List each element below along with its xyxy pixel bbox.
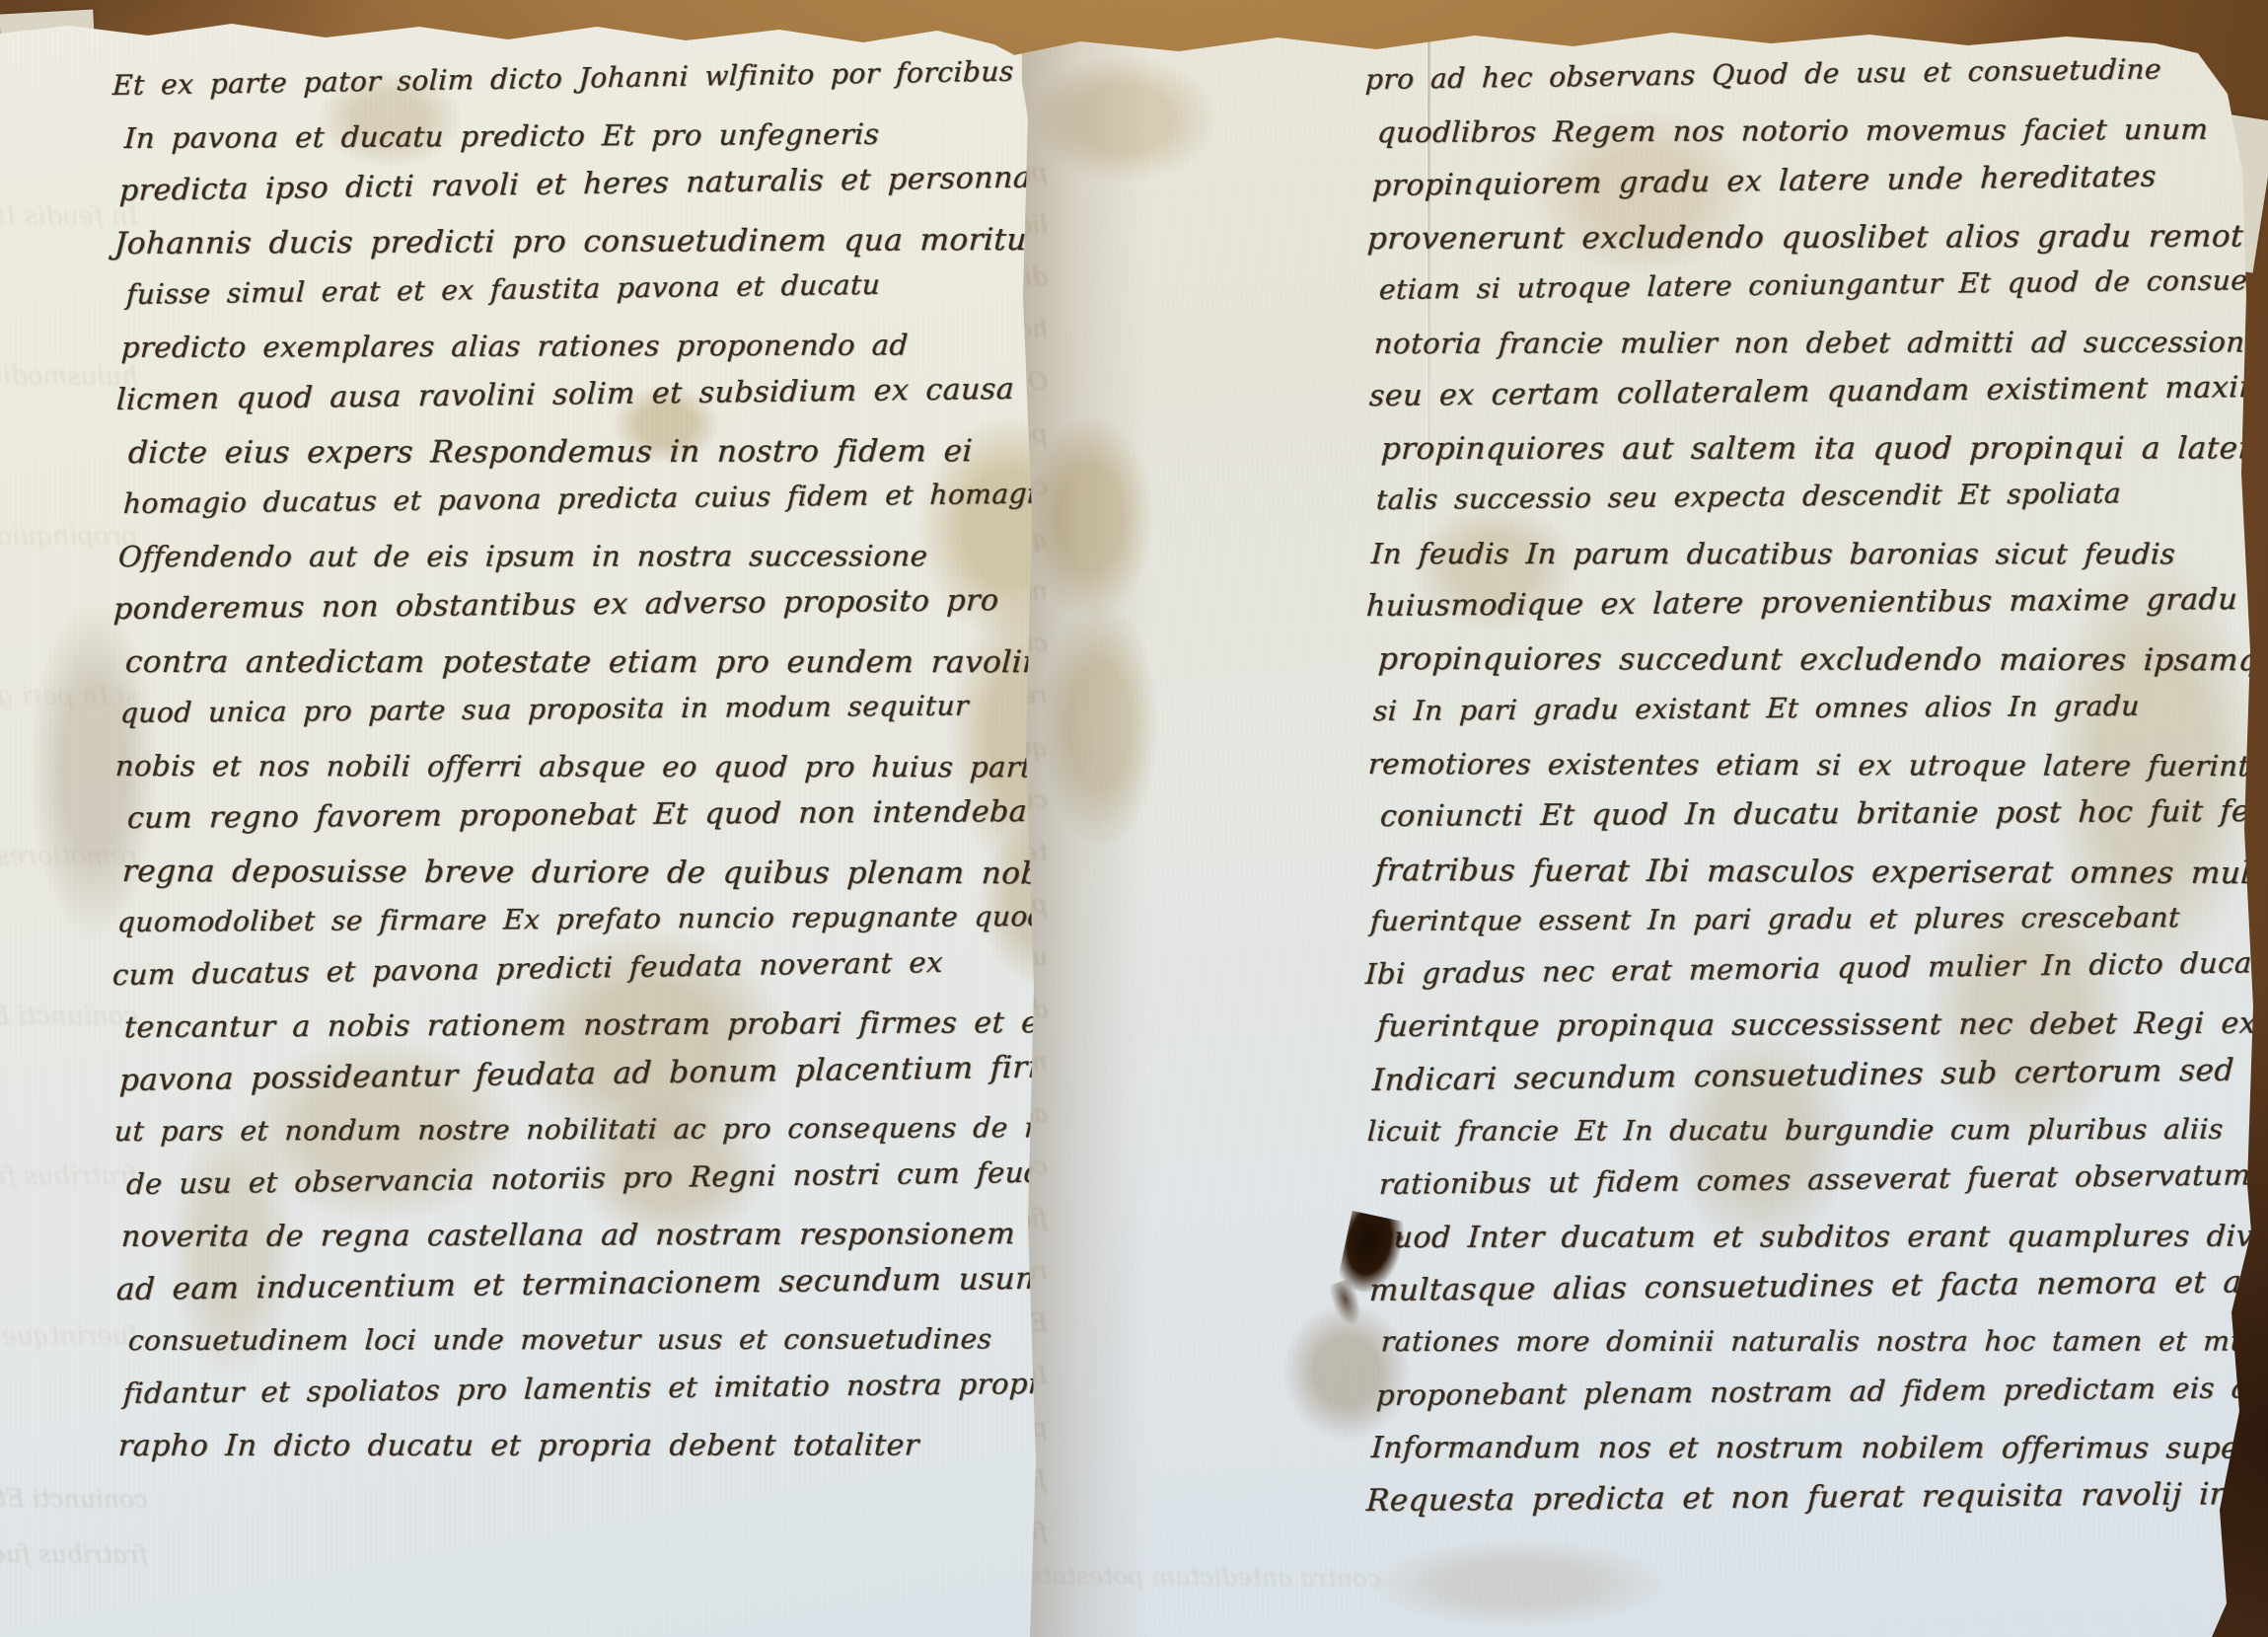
manuscript-line: huiusmodique ex latere provenientibus ma… <box>1365 582 2238 624</box>
manuscript-line: cum regno favorem proponebat Et quod non… <box>126 794 1040 836</box>
manuscript-line: rapho In dicto ducatu et propria debent … <box>117 1428 919 1463</box>
manuscript-line: quomodolibet se firmare Ex prefato nunci… <box>116 900 1047 938</box>
show-through-line: fratribus fuerat Ibi masculos experisera… <box>0 1161 138 1193</box>
show-through-line: coniuncti Et quod In ducatu britanie pos… <box>0 1002 138 1031</box>
manuscript-line: fuerintque essent In pari gradu et plure… <box>1369 901 2180 937</box>
fold-shadow <box>1022 0 1150 1637</box>
manuscript-line: consuetudinem loci unde movetur usus et … <box>127 1322 992 1357</box>
show-through-line: fuerintque essent In pari gradu et plure… <box>0 1321 138 1354</box>
manuscript-line: quodlibros Regem nos notorio movemus fac… <box>1376 112 2209 149</box>
manuscript-line: In feudis In parum ducatibus baronias si… <box>1370 537 2176 570</box>
manuscript-line: tencantur a nobis rationem nostram proba… <box>123 1005 1148 1045</box>
manuscript-line: Offendendo aut de eis ipsum in nostra su… <box>117 539 928 573</box>
right-page: predicto exemplares alias rationes propo… <box>987 0 2268 1637</box>
manuscript-line: Informandum nos et nostrum nobilem offer… <box>1370 1431 2268 1465</box>
manuscript-line: notoria francie mulier non debet admitti… <box>1373 325 2268 360</box>
manuscript-line: predicto exemplares alias rationes propo… <box>120 328 909 364</box>
manuscript-line: In pavona et ducatu predicto Et pro unfe… <box>123 117 880 155</box>
show-through-line: coniuncti Et quod In ducatu britanie pos… <box>0 1479 148 1514</box>
left-page: provenerunt excludendo quoslibet alios g… <box>0 0 1046 1637</box>
manuscript-line: provenerunt excludendo quoslibet alios g… <box>1366 218 2268 257</box>
manuscript-line: fuerintque propinqua successissent nec d… <box>1376 1006 2257 1044</box>
show-through-line: si In pari gradu existant Et omnes alios… <box>0 679 138 711</box>
manuscript-photo: predicto exemplares alias rationes propo… <box>0 0 2268 1637</box>
manuscript-line: ut pars et nondum nostre nobilitati ac p… <box>113 1111 1155 1148</box>
manuscript-line: quod Inter ducatum et subditos erant qua… <box>1373 1219 2268 1255</box>
manuscript-line: si In pari gradu existant Et omnes alios… <box>1372 689 2140 726</box>
manuscript-line: licuit francie Et In ducatu burgundie cu… <box>1366 1113 2224 1148</box>
manuscript-line: contra antedictam potestate etiam pro eu… <box>124 644 1093 680</box>
manuscript-line: remotiores existentes etiam si ex utroqu… <box>1367 747 2251 782</box>
manuscript-line: rationes more dominii naturalis nostra h… <box>1380 1325 2268 1358</box>
manuscript-line: propinquiores succedunt excludendo maior… <box>1377 641 2268 678</box>
show-through-line: fratribus fuerat Ibi masculos experisera… <box>0 1535 148 1569</box>
manuscript-line: Requesta predicta et non fuerat requisit… <box>1365 1476 2268 1520</box>
manuscript-line: fratribus fuerat Ibi masculos experisera… <box>1374 853 2268 891</box>
show-through-line: propinquiores succedunt excludendo maior… <box>0 517 138 552</box>
manuscript-line: propinquiores aut saltem ita quod propin… <box>1380 430 2268 467</box>
manuscript-line: noverita de regna castellana ad nostram … <box>120 1217 1016 1254</box>
manuscript-line: Johannis ducis predicti pro consuetudine… <box>113 222 1043 261</box>
manuscript-line: nobis et nos nobili offerri absque eo qu… <box>114 749 1078 783</box>
manuscript-line: dicte eius expers Respondemus in nostro … <box>127 433 974 471</box>
show-through-line: remotiores existentes etiam si ex utroqu… <box>0 840 138 871</box>
manuscript-line: coniuncti Et quod In ducatu britanie pos… <box>1379 794 2268 835</box>
